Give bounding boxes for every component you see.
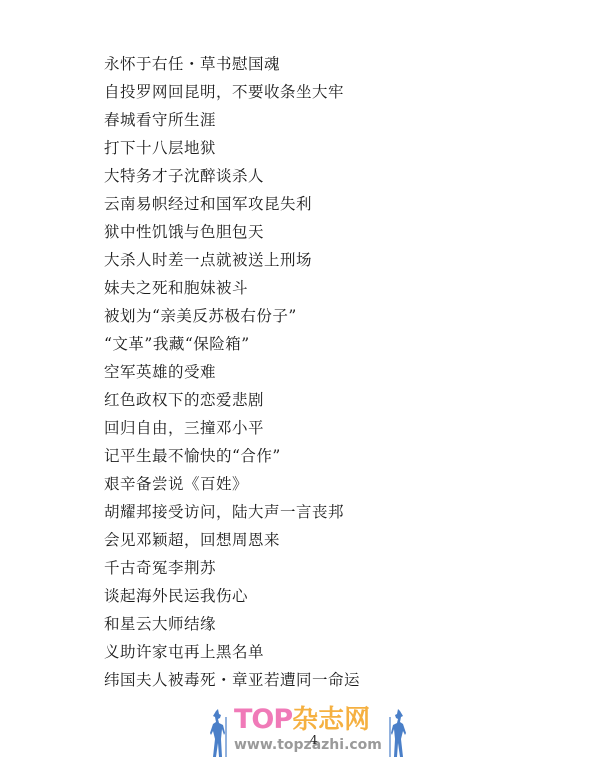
watermark-url: www.topzazhi.com: [234, 737, 382, 753]
toc-entry: 会见邓颖超，回想周恩来: [104, 528, 360, 556]
watermark-brand-latin: TOP: [234, 704, 292, 735]
toc-entry: 打下十八层地狱: [104, 136, 360, 164]
toc-entry: 千古奇冤李荆苏: [104, 556, 360, 584]
toc-entry: 纬国夫人被毒死・章亚若遭同一命运: [104, 668, 360, 696]
toc-entry: “文革”我藏“保险箱”: [104, 332, 360, 360]
toc-entry: 春城看守所生涯: [104, 108, 360, 136]
watermark-brand: TOP杂志网: [234, 705, 370, 735]
toc-entry: 空军英雄的受难: [104, 360, 360, 388]
table-of-contents: 永怀于右任・草书慰国魂 自投罗网回昆明，不要收条坐大牢 春城看守所生涯 打下十八…: [104, 52, 360, 696]
toc-entry: 大特务才子沈醉谈杀人: [104, 164, 360, 192]
anubis-figure-icon: [208, 709, 230, 759]
toc-entry: 和星云大师结缘: [104, 612, 360, 640]
toc-entry: 大杀人时差一点就被送上刑场: [104, 248, 360, 276]
toc-entry: 狱中性饥饿与色胆包天: [104, 220, 360, 248]
toc-entry: 艰辛备尝说《百姓》: [104, 472, 360, 500]
toc-entry: 自投罗网回昆明，不要收条坐大牢: [104, 80, 360, 108]
toc-entry: 妹夫之死和胞妹被斗: [104, 276, 360, 304]
watermark-logo: TOP杂志网 www.topzazhi.com: [208, 705, 408, 760]
document-page: 永怀于右任・草书慰国魂 自投罗网回昆明，不要收条坐大牢 春城看守所生涯 打下十八…: [0, 0, 614, 768]
watermark-brand-cn: 杂志网: [292, 705, 370, 735]
toc-entry: 义助许家屯再上黑名单: [104, 640, 360, 668]
page-number: 4: [310, 733, 318, 747]
toc-entry: 回归自由，三撞邓小平: [104, 416, 360, 444]
toc-entry: 永怀于右任・草书慰国魂: [104, 52, 360, 80]
toc-entry: 谈起海外民运我伤心: [104, 584, 360, 612]
toc-entry: 胡耀邦接受访问，陆大声一言丧邦: [104, 500, 360, 528]
toc-entry: 云南易帜经过和国军攻昆失利: [104, 192, 360, 220]
toc-entry: 红色政权下的恋爱悲剧: [104, 388, 360, 416]
anubis-figure-icon: [386, 709, 408, 759]
toc-entry: 记平生最不愉快的“合作”: [104, 444, 360, 472]
toc-entry: 被划为“亲美反苏极右份子”: [104, 304, 360, 332]
